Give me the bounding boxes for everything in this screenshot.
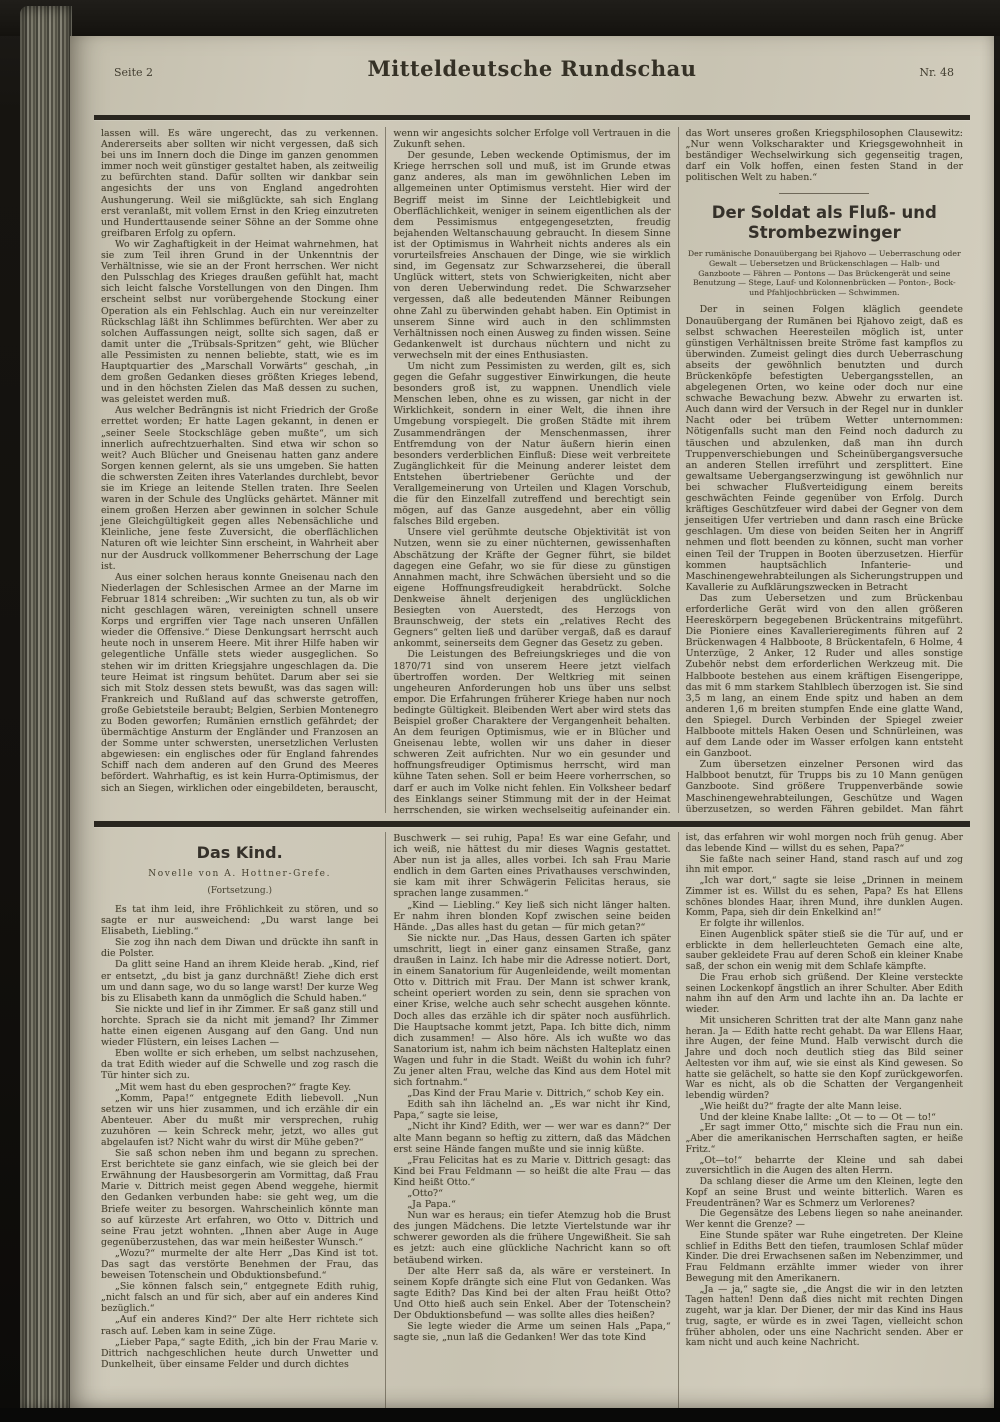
article-body: Der in seinen Folgen kläglich geendete D… [686,304,963,815]
paragraph: Edith sah ihn lächelnd an. „Es war nicht… [393,1099,670,1121]
scan-background-top [0,0,1000,36]
paragraph: Da glitt seine Hand an ihrem Kleide hera… [101,959,378,1003]
paragraph: Aus einer solchen heraus konnte Gneisena… [101,572,378,794]
top-section: lassen will. Es wäre ungerecht, das zu v… [70,125,994,815]
paragraph: Sie zog ihn nach dem Diwan und drückte i… [101,937,378,959]
paragraph: Die Frau erhob sich grüßend. Der Kleine … [686,973,963,1016]
page-header: Seite 2 Mitteldeutsche Rundschau Nr. 48 [70,36,994,106]
paragraph: „Sie können falsch sein,“ entgegnete Edi… [101,1281,378,1314]
paragraph: „Wie heißt du?“ fragte der alte Mann lei… [686,1102,963,1113]
article-separator-rule [779,193,869,194]
story-column-1: Das Kind. Novelle von A. Hottner-Grefe. … [94,830,385,1408]
story-title: Das Kind. [101,843,378,862]
section-divider-rule [94,821,970,827]
paragraph: Der alte Herr saß da, als wäre er verste… [393,1266,670,1321]
paragraph: das Wort unseres großen Kriegsphilosophe… [686,128,963,183]
paragraph: „Wozu?“ murmelte der alte Herr „Das Kind… [101,1248,378,1281]
masthead-title: Mitteldeutsche Rundschau [70,56,994,81]
story-continuation-note: (Fortsetzung.) [101,886,378,896]
paragraph: „Das Kind der Frau Marie v. Dittrich,“ s… [393,1088,670,1099]
paragraph: Der in seinen Folgen kläglich geendete D… [686,304,963,592]
paragraph: Die Gegensätze des Lebens liegen so nahe… [686,1209,963,1231]
header-rule [94,115,970,120]
paragraph: Einen Augenblick später stieß sie die Tü… [686,930,963,973]
clausewitz-paragraph: das Wort unseres großen Kriegsphilosophe… [686,128,963,183]
paragraph: Aus welcher Bedrängnis ist nicht Friedri… [101,405,378,571]
paragraph: Nun war es heraus; ein tiefer Atemzug ho… [393,1210,670,1265]
paragraph: „Frau Felicitas hat es zu Marie v. Dittr… [393,1155,670,1188]
article-subtitle: Der rumänische Donauübergang bei Rjahovo… [688,249,961,297]
paragraph: Und der kleine Knabe lallte: „Ot — to — … [686,1113,963,1124]
story-byline: Novelle von A. Hottner-Grefe. [101,869,378,879]
paragraph: Der gesunde, Leben weckende Optimismus, … [393,150,670,361]
column-3: das Wort unseres großen Kriegsphilosophe… [679,125,970,815]
paragraph: Sie legte wieder die Arme um seinen Hals… [393,1321,670,1343]
paragraph: Buschwerk — sei ruhig, Papa! Es war eine… [393,833,670,900]
paragraph: „Er sagt immer Otto,“ mischte sich die F… [686,1123,963,1155]
newspaper-page: Seite 2 Mitteldeutsche Rundschau Nr. 48 … [70,36,994,1408]
story-column-3: ist, das erfahren wir wohl morgen noch f… [679,830,970,1408]
book-page-stack-edge [20,6,72,1412]
paragraph: lassen will. Es wäre ungerecht, das zu v… [101,128,378,239]
paragraph: Sie faßte nach seiner Hand, stand rasch … [686,855,963,877]
paragraph: „Lieber Papa,“ sagte Edith, „ich bin der… [101,1337,378,1370]
paragraph: Um nicht zum Pessimisten zu werden, gilt… [393,361,670,527]
paragraph: Er folgte ihr willenlos. [686,919,963,930]
paragraph: „Komm, Papa!“ entgegnete Edith liebevoll… [101,1093,378,1148]
paragraph: „Ich war dort,“ sagte sie leise „Drinnen… [686,876,963,919]
article-title: Der Soldat als Fluß- und Strombezwinger [705,203,943,243]
paragraph: Sie nickte nur. „Das Haus, dessen Garten… [393,933,670,1088]
paragraph: Da schlang dieser die Arme um den Kleine… [686,1177,963,1209]
paragraph: Sie nickte und lief in ihr Zimmer. Er sa… [101,1004,378,1048]
paragraph: „Ja Papa.“ [393,1199,670,1210]
paragraph: ist, das erfahren wir wohl morgen noch f… [686,833,963,855]
paragraph: „Otto?“ [393,1188,670,1199]
scan-background-bottom [0,1408,1000,1422]
feuilleton-section: Das Kind. Novelle von A. Hottner-Grefe. … [70,830,994,1408]
column-1: lassen will. Es wäre ungerecht, das zu v… [94,125,385,815]
paragraph: Sie saß schon neben ihm und begann zu sp… [101,1148,378,1248]
paragraph: „Kind — Liebling.“ Key ließ sich nicht l… [393,900,670,933]
paragraph: wenn wir angesichts solcher Erfolge voll… [393,128,670,150]
paragraph: „Ja — ja,“ sagte sie, „die Angst die wir… [686,1285,963,1350]
column-2: wenn wir angesichts solcher Erfolge voll… [386,125,677,815]
issue-number: Nr. 48 [919,66,954,79]
paragraph: Zum übersetzen einzelner Personen wird d… [686,759,963,815]
story-body-1: Es tat ihm leid, ihre Fröhlichkeit zu st… [101,904,378,1370]
paragraph: Die Leistungen des Befreiungskrieges und… [393,649,670,815]
paragraph: Wo wir Zaghaftigkeit in der Heimat wahrn… [101,239,378,405]
paragraph: „Nicht ihr Kind? Edith, wer — wer war es… [393,1121,670,1154]
paragraph: Eben wollte er sich erheben, um selbst n… [101,1048,378,1081]
paragraph: „Ot—to!“ beharrte der Kleine und sah dab… [686,1156,963,1178]
story-header: Das Kind. Novelle von A. Hottner-Grefe. … [101,843,378,896]
paragraph: Mit unsicheren Schritten trat der alte M… [686,1016,963,1102]
paragraph: Unsere viel gerühmte deutsche Objektivit… [393,527,670,649]
newspaper-scan: Seite 2 Mitteldeutsche Rundschau Nr. 48 … [0,0,1000,1422]
paragraph: Das zum Uebersetzen und zum Brückenbau e… [686,593,963,759]
paragraph: Eine Stunde später war Ruhe eingetreten.… [686,1231,963,1285]
paragraph: „Mit wem hast du eben gesprochen?“ fragt… [101,1082,378,1093]
paragraph: „Auf ein anderes Kind?“ Der alte Herr ri… [101,1314,378,1336]
story-column-2: Buschwerk — sei ruhig, Papa! Es war eine… [386,830,677,1408]
paragraph: Es tat ihm leid, ihre Fröhlichkeit zu st… [101,904,378,937]
